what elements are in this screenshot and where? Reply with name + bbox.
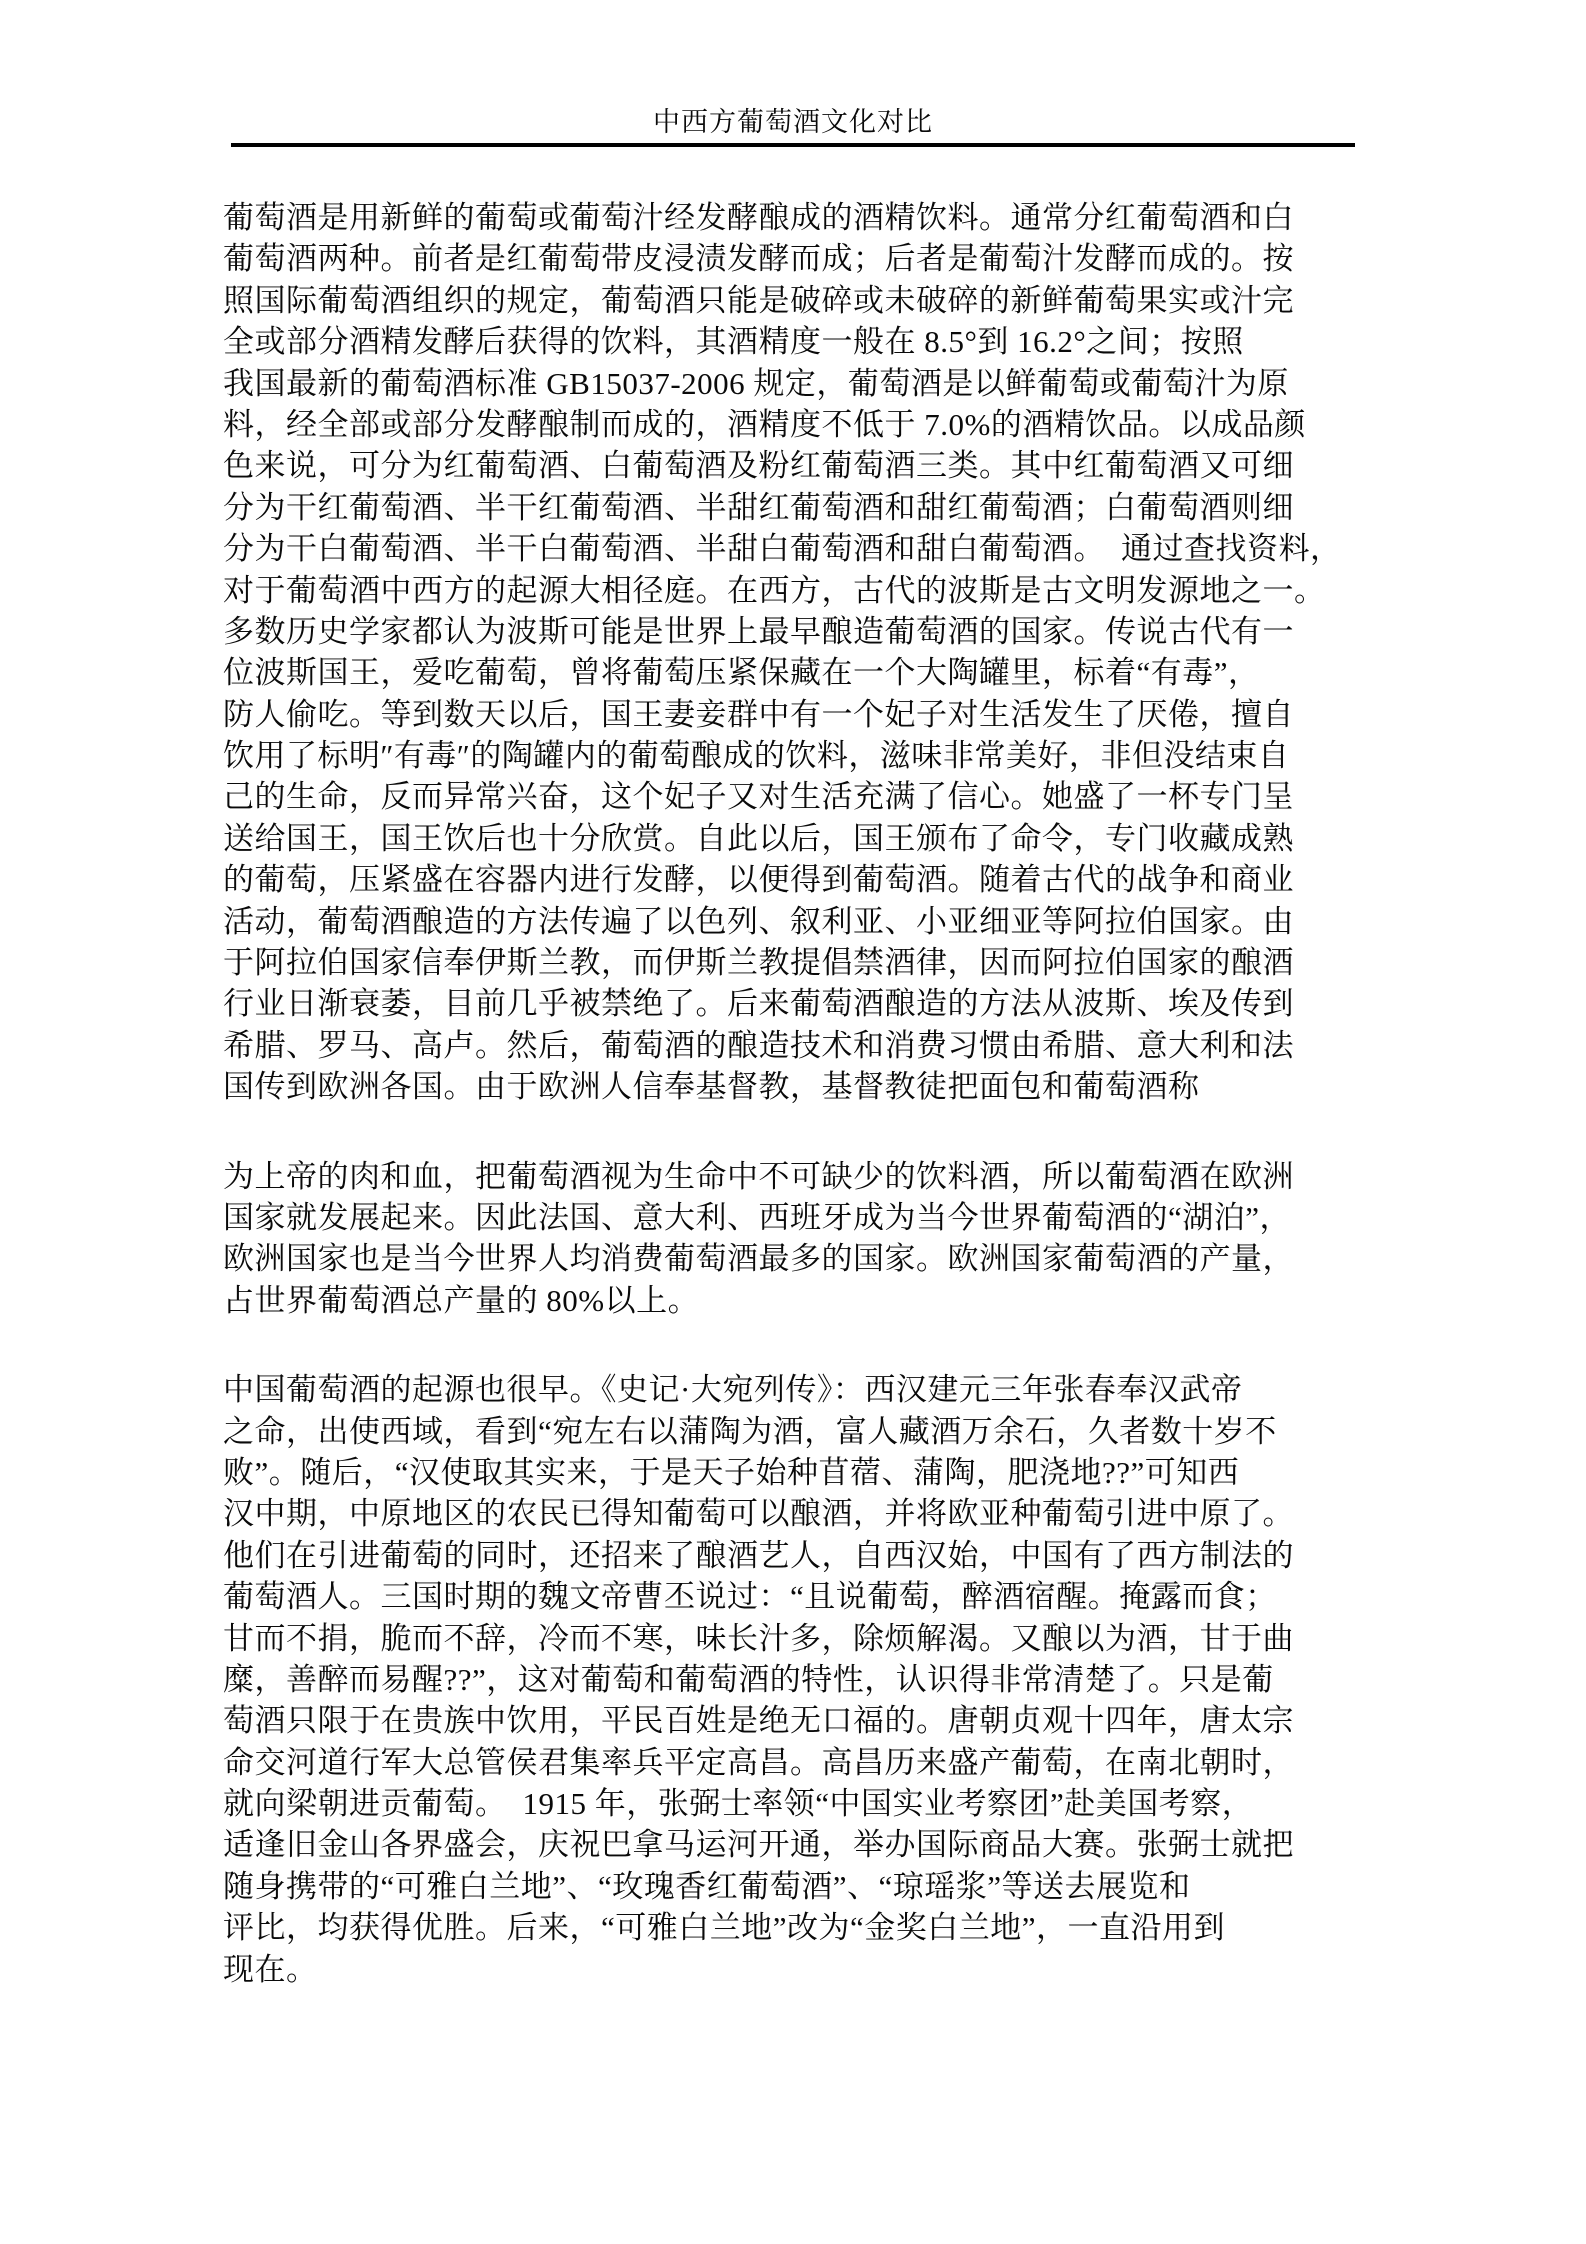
- text-line: 欧洲国家也是当今世界人均消费葡萄酒最多的国家。欧洲国家葡萄酒的产量，: [223, 1238, 1383, 1279]
- text-line: 汉中期，中原地区的农民已得知葡萄可以酿酒，并将欧亚种葡萄引进中原了。: [223, 1493, 1383, 1534]
- text-line: 中国葡萄酒的起源也很早。《史记·大宛列传》：西汉建元三年张春奉汉武帝: [223, 1369, 1383, 1410]
- text-line: 葡萄酒人。三国时期的魏文帝曹丕说过：“且说葡萄，醉酒宿醒。掩露而食；: [223, 1576, 1383, 1617]
- page-title: 中西方葡萄酒文化对比: [0, 107, 1586, 137]
- text-line: 他们在引进葡萄的同时，还招来了酿酒艺人，自西汉始，中国有了西方制法的: [223, 1535, 1383, 1576]
- text-line: 色来说，可分为红葡萄酒、白葡萄酒及粉红葡萄酒三类。其中红葡萄酒又可细: [223, 445, 1383, 486]
- text-line: 葡萄酒两种。前者是红葡萄带皮浸渍发酵而成；后者是葡萄汁发酵而成的。按: [223, 238, 1383, 279]
- text-line: 己的生命，反而异常兴奋，这个妃子又对生活充满了信心。她盛了一杯专门呈: [223, 776, 1383, 817]
- text-line: 萄酒只限于在贵族中饮用，平民百姓是绝无口福的。唐朝贞观十四年，唐太宗: [223, 1700, 1383, 1741]
- text-line: 评比，均获得优胜。后来，“可雅白兰地”改为“金奖白兰地”，一直沿用到: [223, 1907, 1383, 1948]
- paragraph: 葡萄酒是用新鲜的葡萄或葡萄汁经发酵酿成的酒精饮料。通常分红葡萄酒和白葡萄酒两种。…: [223, 197, 1383, 1108]
- text-line: 防人偷吃。等到数天以后，国王妻妾群中有一个妃子对生活发生了厌倦，擅自: [223, 694, 1383, 735]
- text-line: 行业日渐衰萎，目前几乎被禁绝了。后来葡萄酒酿造的方法从波斯、埃及传到: [223, 983, 1383, 1024]
- text-line: 适逢旧金山各界盛会，庆祝巴拿马运河开通，举办国际商品大赛。张弼士就把: [223, 1824, 1383, 1865]
- text-line: 命交河道行军大总管侯君集率兵平定高昌。高昌历来盛产葡萄，在南北朝时，: [223, 1742, 1383, 1783]
- document-body: 葡萄酒是用新鲜的葡萄或葡萄汁经发酵酿成的酒精饮料。通常分红葡萄酒和白葡萄酒两种。…: [223, 197, 1383, 1990]
- text-line: 饮用了标明″有毒″的陶罐内的葡萄酿成的饮料，滋味非常美好，非但没结束自: [223, 735, 1383, 776]
- text-line: 于阿拉伯国家信奉伊斯兰教，而伊斯兰教提倡禁酒律，因而阿拉伯国家的酿酒: [223, 942, 1383, 983]
- text-line: 糜，善醉而易醒??”，这对葡萄和葡萄酒的特性，认识得非常清楚了。只是葡: [223, 1659, 1383, 1700]
- text-line: 对于葡萄酒中西方的起源大相径庭。在西方，古代的波斯是古文明发源地之一。: [223, 570, 1383, 611]
- text-line: 位波斯国王，爱吃葡萄，曾将葡萄压紧保藏在一个大陶罐里，标着“有毒”，: [223, 652, 1383, 693]
- text-line: 占世界葡萄酒总产量的 80%以上。: [223, 1280, 1383, 1321]
- text-line: 分为干红葡萄酒、半干红葡萄酒、半甜红葡萄酒和甜红葡萄酒；白葡萄酒则细: [223, 487, 1383, 528]
- header-divider: [231, 143, 1355, 147]
- text-line: 甘而不捐，脆而不辞，冷而不寒，味长汁多，除烦解渴。又酿以为酒，甘于曲: [223, 1618, 1383, 1659]
- document-page: 中西方葡萄酒文化对比 葡萄酒是用新鲜的葡萄或葡萄汁经发酵酿成的酒精饮料。通常分红…: [0, 0, 1586, 2244]
- text-line: 送给国王，国王饮后也十分欣赏。自此以后，国王颁布了命令，专门收藏成熟: [223, 818, 1383, 859]
- text-line: 之命，出使西域，看到“宛左右以蒲陶为酒，富人藏酒万余石，久者数十岁不: [223, 1411, 1383, 1452]
- text-line: 随身携带的“可雅白兰地”、“玫瑰香红葡萄酒”、“琼瑶浆”等送去展览和: [223, 1866, 1383, 1907]
- text-line: 国传到欧洲各国。由于欧洲人信奉基督教，基督教徒把面包和葡萄酒称: [223, 1066, 1383, 1107]
- paragraph: 为上帝的肉和血，把葡萄酒视为生命中不可缺少的饮料酒，所以葡萄酒在欧洲国家就发展起…: [223, 1156, 1383, 1322]
- text-line: 的葡萄，压紧盛在容器内进行发酵，以便得到葡萄酒。随着古代的战争和商业: [223, 859, 1383, 900]
- paragraph: 中国葡萄酒的起源也很早。《史记·大宛列传》：西汉建元三年张春奉汉武帝之命，出使西…: [223, 1369, 1383, 1990]
- text-line: 活动，葡萄酒酿造的方法传遍了以色列、叙利亚、小亚细亚等阿拉伯国家。由: [223, 901, 1383, 942]
- text-line: 照国际葡萄酒组织的规定，葡萄酒只能是破碎或未破碎的新鲜葡萄果实或汁完: [223, 280, 1383, 321]
- text-line: 希腊、罗马、高卢。然后，葡萄酒的酿造技术和消费习惯由希腊、意大利和法: [223, 1025, 1383, 1066]
- text-line: 国家就发展起来。因此法国、意大利、西班牙成为当今世界葡萄酒的“湖泊”，: [223, 1197, 1383, 1238]
- text-line: 多数历史学家都认为波斯可能是世界上最早酿造葡萄酒的国家。传说古代有一: [223, 611, 1383, 652]
- text-line: 全或部分酒精发酵后获得的饮料，其酒精度一般在 8.5°到 16.2°之间；按照: [223, 321, 1383, 362]
- text-line: 葡萄酒是用新鲜的葡萄或葡萄汁经发酵酿成的酒精饮料。通常分红葡萄酒和白: [223, 197, 1383, 238]
- text-line: 分为干白葡萄酒、半干白葡萄酒、半甜白葡萄酒和甜白葡萄酒。 通过查找资料，: [223, 528, 1383, 569]
- text-line: 料，经全部或部分发酵酿制而成的，酒精度不低于 7.0%的酒精饮品。以成品颜: [223, 404, 1383, 445]
- text-line: 为上帝的肉和血，把葡萄酒视为生命中不可缺少的饮料酒，所以葡萄酒在欧洲: [223, 1156, 1383, 1197]
- text-line: 败”。随后，“汉使取其实来，于是天子始种苜蓿、蒲陶，肥浇地??”可知西: [223, 1452, 1383, 1493]
- page-header: 中西方葡萄酒文化对比: [0, 0, 1586, 147]
- text-line: 现在。: [223, 1949, 1383, 1990]
- text-line: 我国最新的葡萄酒标准 GB15037-2006 规定，葡萄酒是以鲜葡萄或葡萄汁为…: [223, 363, 1383, 404]
- text-line: 就向梁朝进贡葡萄。 1915 年，张弼士率领“中国实业考察团”赴美国考察，: [223, 1783, 1383, 1824]
